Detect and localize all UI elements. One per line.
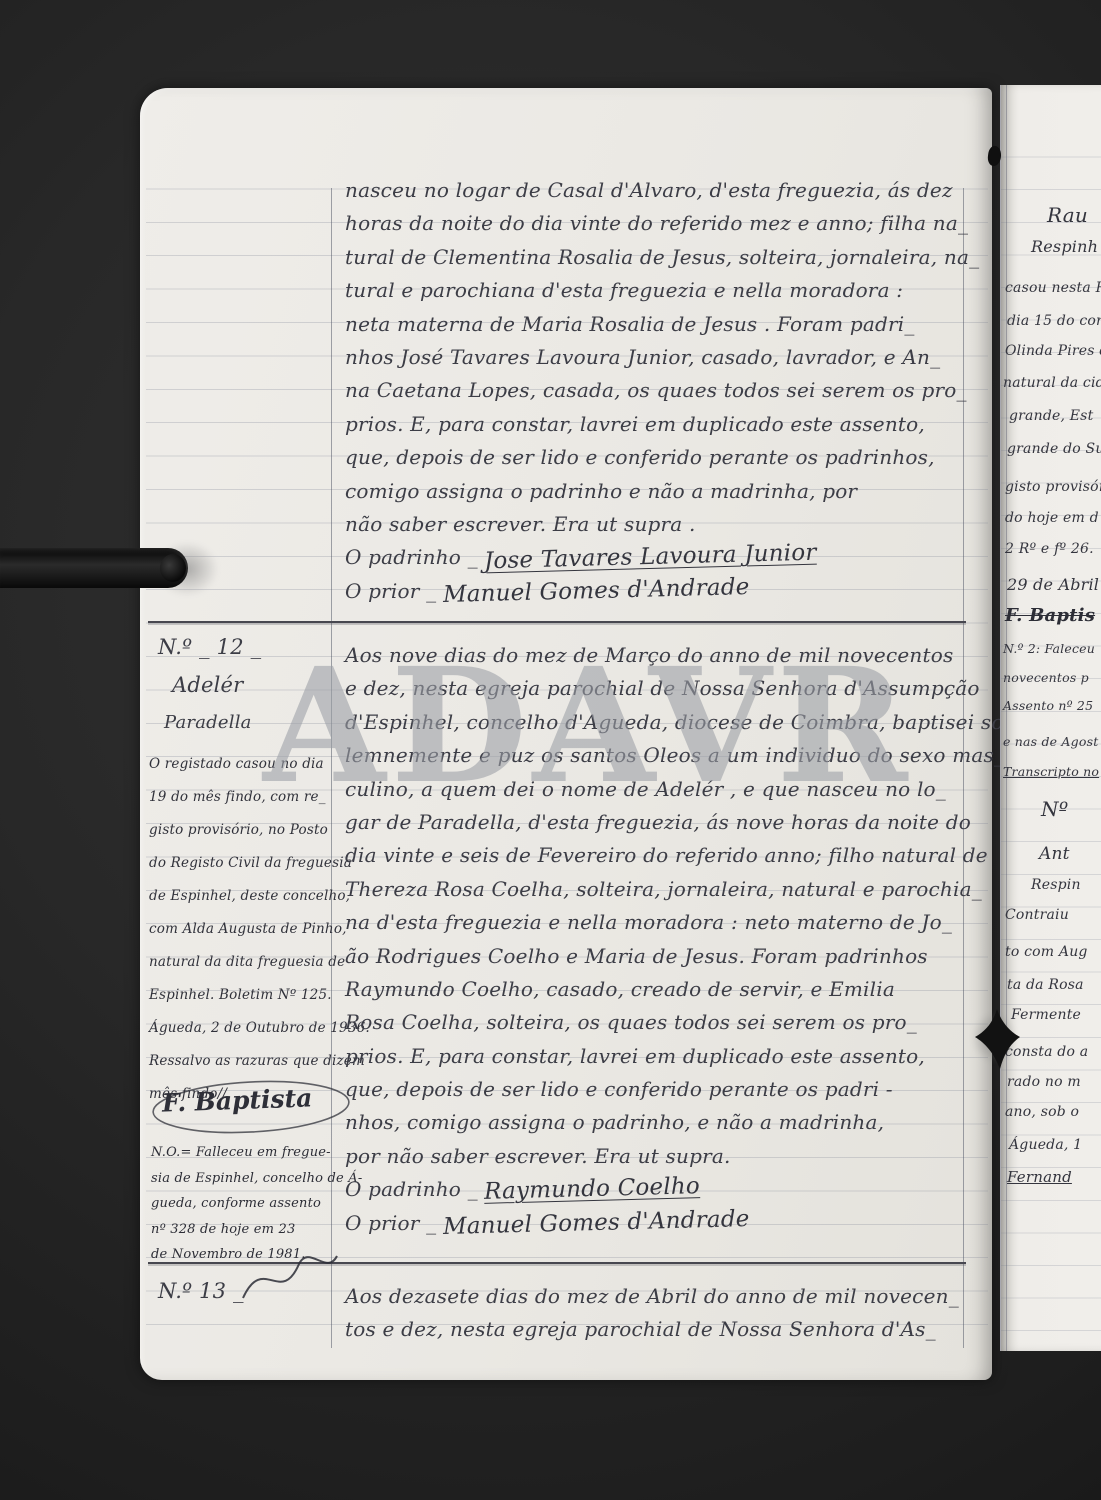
priest-signature-line: O prior _ Manuel Gomes d'Andrade — [345, 575, 975, 608]
priest-signature: Manuel Gomes d'Andrade — [442, 1203, 749, 1244]
fragment-line: Transcripto no — [1003, 764, 1099, 779]
godfather-signature-line: O padrinho _ Raymundo Coelho — [345, 1173, 975, 1206]
godfather-signature-line: O padrinho _ Jose Tavares Lavoura Junior — [345, 541, 975, 574]
ink-blot — [972, 1006, 1024, 1072]
signature-prefix: O prior _ — [345, 1211, 443, 1235]
fragment-line: rado no m — [1007, 1074, 1081, 1090]
record-13-body: Aos dezasete dias do mez de Abril do ann… — [345, 1280, 975, 1347]
fragment-line: novecentos p — [1003, 670, 1089, 685]
fragment-line: ta da Rosa — [1007, 977, 1084, 993]
manuscript-line: dia vinte e seis de Fevereiro do referid… — [345, 839, 975, 872]
manuscript-line: nasceu no logar de Casal d'Alvaro, d'est… — [345, 174, 975, 207]
manuscript-line: tural de Clementina Rosalia de Jesus, so… — [345, 241, 975, 274]
record-12-margin-note-2: N.O.= Falleceu em fregue- sia de Espinhe… — [151, 1140, 341, 1268]
margin-note-line: natural da dita freguesia de — [149, 946, 339, 979]
fragment-line: e nas de Agost — [1003, 734, 1098, 749]
manuscript-line: que, depois de ser lido e conferido pera… — [345, 1073, 975, 1106]
margin-note-line: Espinhel. Boletim Nº 125. — [149, 979, 339, 1012]
manuscript-line: tural e parochiana d'esta freguezia e ne… — [345, 274, 975, 307]
register-photo: nasceu no logar de Casal d'Alvaro, d'est… — [0, 0, 1101, 1500]
manuscript-line: por não saber escrever. Era ut supra. — [345, 1140, 975, 1173]
fragment-line: Contraiu — [1005, 907, 1069, 923]
fragment-line: Rau — [1047, 203, 1088, 227]
fragment-line: grande, Est — [1009, 408, 1093, 424]
manuscript-line: prios. E, para constar, lavrei em duplic… — [345, 1040, 975, 1073]
fragment-line: 29 de Abril — [1007, 575, 1099, 594]
manuscript-line: Raymundo Coelho, casado, creado de servi… — [345, 973, 975, 1006]
fragment-line: Olinda Pires de — [1005, 343, 1101, 359]
margin-note-line: sia de Espinhel, concelho de Á- — [151, 1166, 341, 1192]
manuscript-line: na Caetana Lopes, casada, os quaes todos… — [345, 374, 975, 407]
struck-signature: F. Baptis — [1005, 605, 1095, 626]
fragment-line: Assento nº 25 — [1003, 698, 1093, 713]
signature-prefix: O padrinho _ — [345, 1177, 478, 1201]
margin-note-line: do Registo Civil da freguesia — [149, 847, 339, 880]
record-13-margin-header: N.º 13 _ — [158, 1272, 333, 1310]
pen — [0, 548, 188, 588]
manuscript-line: tos e dez, nesta egreja parochial de Nos… — [345, 1313, 975, 1346]
record-divider — [148, 621, 966, 623]
margin-note-line: Águeda, 2 de Outubro de 1936. — [149, 1012, 339, 1045]
margin-note-line: nº 328 de hoje em 23 — [151, 1217, 341, 1243]
priest-signature: Manuel Gomes d'Andrade — [442, 571, 749, 612]
fragment-line: Respin — [1031, 877, 1081, 893]
manuscript-line: não saber escrever. Era ut supra . — [345, 508, 975, 541]
margin-note-line: gueda, conforme assento — [151, 1191, 341, 1217]
fragment-line: Águeda, 1 — [1009, 1137, 1082, 1153]
fragment-line: ano, sob o — [1005, 1104, 1079, 1120]
manuscript-line: horas da noite do dia vinte do referido … — [345, 207, 975, 240]
godfather-signature: Raymundo Coelho — [484, 1170, 701, 1209]
priest-signature-line: O prior _ Manuel Gomes d'Andrade — [345, 1207, 975, 1240]
signature-prefix: O padrinho _ — [345, 545, 478, 569]
fragment-line: dia 15 do corre — [1007, 313, 1101, 329]
fragment-line: Respinh — [1031, 237, 1098, 256]
manuscript-line: que, depois de ser lido e conferido pera… — [345, 441, 975, 474]
fragment-line: casou nesta Re — [1005, 280, 1101, 296]
fragment-line: N.º 2: Faleceu — [1003, 641, 1095, 656]
manuscript-line: na d'esta freguezia e nella moradora : n… — [345, 906, 975, 939]
manuscript-line: neta materna de Maria Rosalia de Jesus .… — [345, 308, 975, 341]
record-11-body: nasceu no logar de Casal d'Alvaro, d'est… — [345, 174, 975, 608]
manuscript-line: comigo assigna o padrinho e não a madrin… — [345, 475, 975, 508]
margin-note-line: de Novembro de 1981. — [151, 1242, 341, 1268]
fragment-line: do hoje em d — [1005, 510, 1099, 526]
manuscript-line: prios. E, para constar, lavrei em duplic… — [345, 408, 975, 441]
margin-note-line: com Alda Augusta de Pinho, — [149, 913, 339, 946]
fragment-line: to com Aug — [1005, 944, 1088, 960]
signature-prefix: O prior _ — [345, 579, 443, 603]
fragment-line: Ant — [1039, 844, 1070, 864]
fragment-line: 2 Rº e fº 26. — [1005, 541, 1094, 557]
margin-note-line: N.O.= Falleceu em fregue- — [151, 1140, 341, 1166]
registrar-signature: F. Baptista — [162, 1083, 313, 1117]
register-page: nasceu no logar de Casal d'Alvaro, d'est… — [140, 88, 992, 1380]
margin-rule — [1006, 85, 1007, 1351]
fragment-line: gisto provisór — [1005, 479, 1101, 495]
fragment-line: natural da cid — [1003, 375, 1101, 391]
fragment-record-number: Nº — [1041, 797, 1068, 821]
manuscript-line: ão Rodrigues Coelho e Maria de Jesus. Fo… — [345, 940, 975, 973]
margin-note-line: Ressalvo as razuras que dizem — [149, 1045, 339, 1078]
fragment-line: Fernand — [1007, 1168, 1072, 1186]
manuscript-line: nhos, comigo assigna o padrinho, e não a… — [345, 1106, 975, 1139]
margin-note-line: de Espinhel, deste concelho, — [149, 880, 339, 913]
archive-watermark: ADAVR — [263, 648, 913, 806]
manuscript-line: Thereza Rosa Coelha, solteira, jornaleir… — [345, 873, 975, 906]
manuscript-line: nhos José Tavares Lavoura Junior, casado… — [345, 341, 975, 374]
margin-record-number: N.º 13 _ — [158, 1272, 333, 1310]
manuscript-line: Aos dezasete dias do mez de Abril do ann… — [345, 1280, 975, 1313]
fragment-line: grande do Su — [1007, 441, 1101, 457]
facing-page-fragment: Rau Respinh casou nesta Re dia 15 do cor… — [1000, 85, 1101, 1351]
manuscript-line: Rosa Coelha, solteira, os quaes todos se… — [345, 1006, 975, 1039]
